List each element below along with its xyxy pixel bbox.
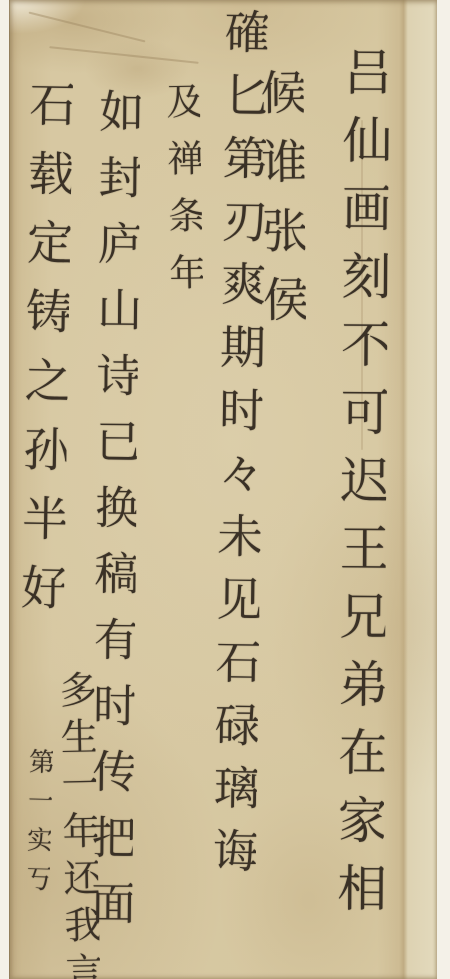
- calligraphy-column-6: 石载定铸之孙半好: [16, 80, 73, 651]
- paper-left-edge: [9, 0, 10, 979]
- paper-crease-top-left: [29, 12, 146, 43]
- calligraphy-column-7-small: 多生一年还我言: [56, 670, 100, 979]
- calligraphy-column-4: 及禅条年: [163, 82, 207, 483]
- calligraphy-column-3: 確匕第刃爽期时々未见石碌璃诲: [208, 8, 268, 979]
- calligraphy-column-8-small: 第一实丂: [21, 748, 53, 979]
- mount-margin-right: [437, 0, 450, 979]
- calligraphy-scroll-photo: { "artwork": { "columns": [ { "text": "吕…: [0, 0, 450, 979]
- calligraphy-column-1: 吕仙画刻不可迟王兄弟在家相: [333, 46, 390, 979]
- manuscript-paper: 吕仙画刻不可迟王兄弟在家相 候谁张侯 確匕第刃爽期时々未见石碌璃诲 及禅条年 如…: [9, 0, 437, 979]
- paper-crease-top-left-2: [49, 46, 198, 63]
